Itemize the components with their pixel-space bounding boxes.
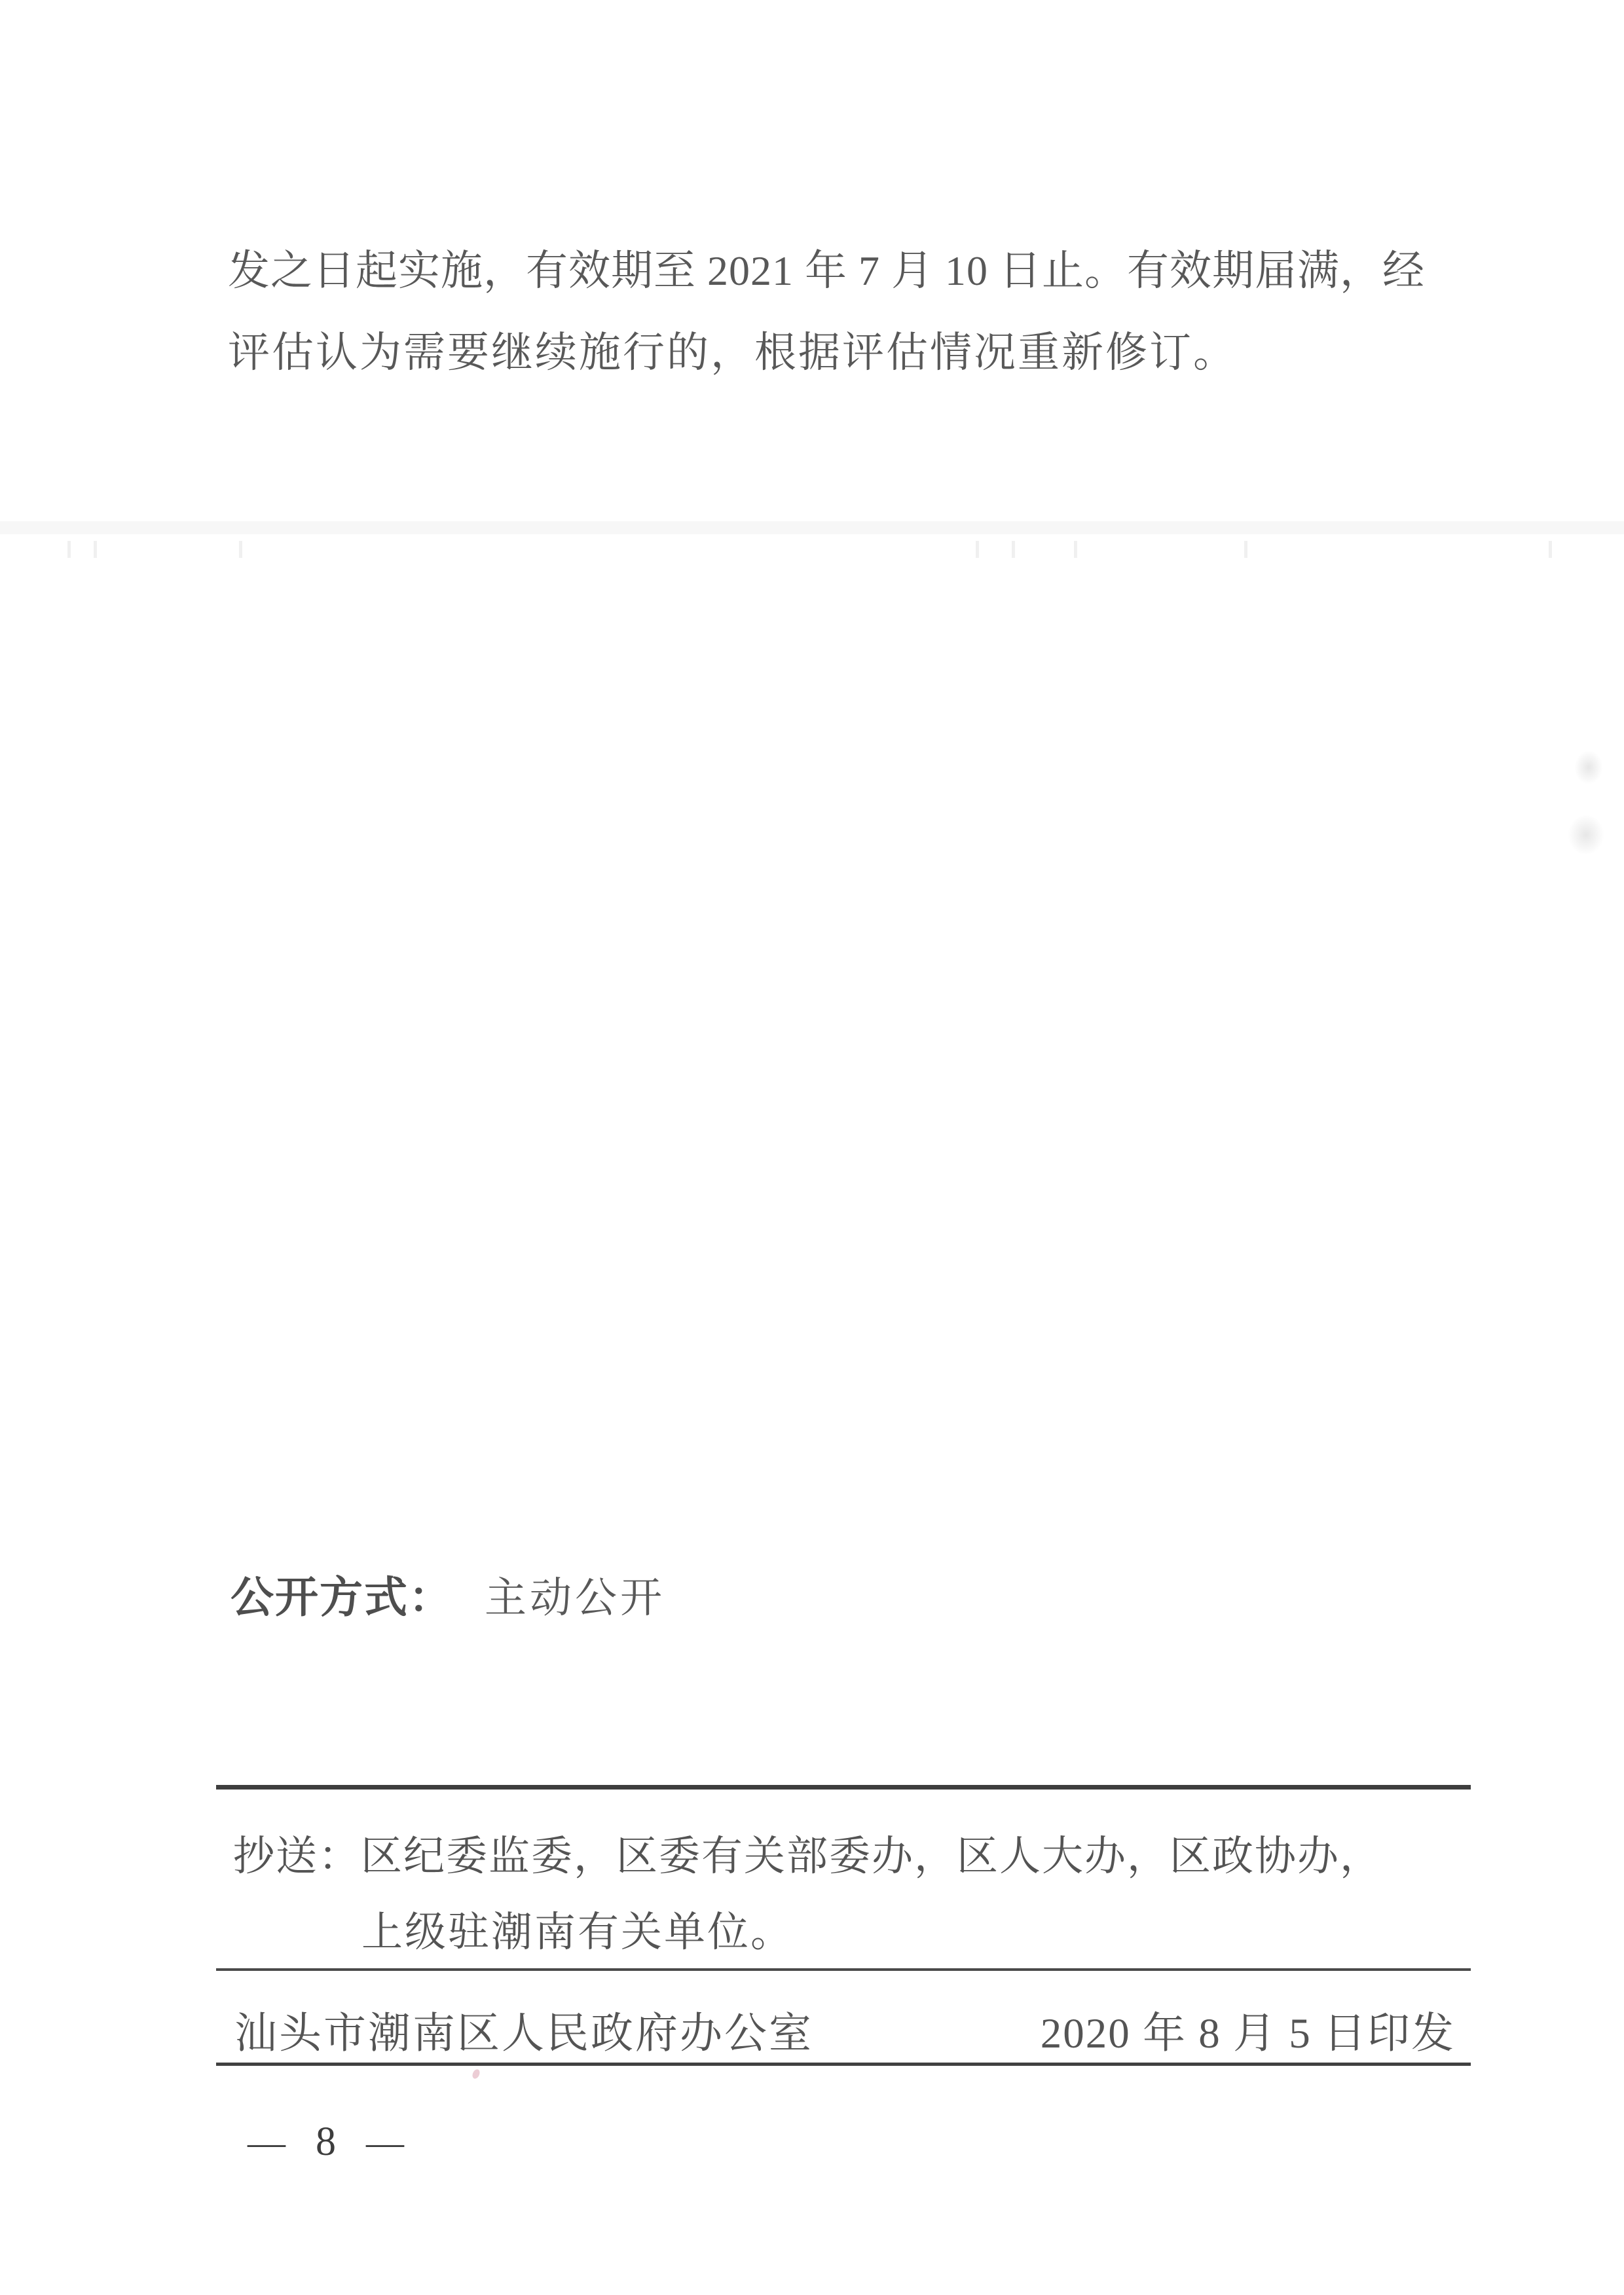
scan-artifact-tick: [976, 541, 979, 558]
disclosure-value: 主动公开: [485, 1575, 665, 1621]
colophon-rule-middle: [216, 1968, 1471, 1971]
page-number-dash-left: —: [248, 2120, 286, 2164]
disclosure-line: 公开方式：主动公开: [231, 1562, 665, 1625]
disclosure-label: 公开方式：: [231, 1572, 453, 1623]
colophon-rule-bottom: [216, 2063, 1471, 2066]
colophon-rule-top: [216, 1785, 1471, 1790]
body-text-line-1: 发之日起实施，有效期至 2021 年 7 月 10 日止。有效期届满，经: [228, 237, 1425, 297]
scan-artifact-tick: [94, 541, 97, 558]
scan-artifact-tick: [67, 541, 71, 558]
copy-to-recipients-1: 区纪委监委，区委有关部委办，区人大办，区政协办，: [361, 1833, 1382, 1879]
document-page: 发之日起实施，有效期至 2021 年 7 月 10 日止。有效期届满，经 评估认…: [0, 0, 1624, 2295]
page-number: — 8 —: [248, 2119, 404, 2165]
body-text-line-2: 评估认为需要继续施行的，根据评估情况重新修订。: [228, 319, 1237, 379]
print-date: 2020 年 8 月 5 日印发: [1041, 1998, 1455, 2060]
scan-artifact-smudge: [1568, 815, 1604, 855]
scan-artifact-smudge: [1574, 750, 1603, 784]
page-number-value: 8: [316, 2119, 336, 2165]
copy-to-label: 抄送：: [233, 1833, 361, 1879]
scan-artifact-speck: [471, 2068, 481, 2080]
issuer-name: 汕头市潮南区人民政府办公室: [234, 1998, 813, 2060]
scan-artifact-tick: [1074, 541, 1077, 558]
scan-artifact-band: [0, 521, 1624, 534]
scan-artifact-tick: [1012, 541, 1015, 558]
copy-to-line-1: 抄送：区纪委监委，区委有关部委办，区人大办，区政协办，: [233, 1823, 1382, 1882]
page-number-dash-right: —: [366, 2120, 404, 2164]
copy-to-line-2: 上级驻潮南有关单位。: [361, 1899, 794, 1958]
scan-artifact-tick: [239, 541, 242, 558]
scan-artifact-tick: [1244, 541, 1247, 558]
scan-artifact-tick: [1549, 541, 1552, 558]
